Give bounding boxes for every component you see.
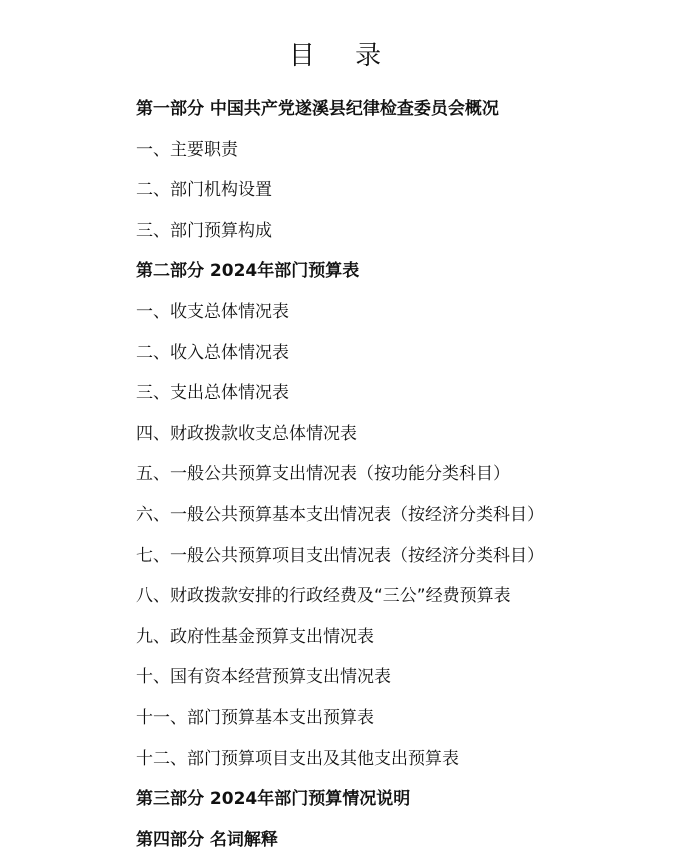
toc-part-2[interactable]: 第二部分 2024年部门预算表 xyxy=(136,255,544,296)
toc-item-table-8[interactable]: 八、财政拨款安排的行政经费及“三公”经费预算表 xyxy=(136,580,544,621)
toc-item-table-5[interactable]: 五、一般公共预算支出情况表（按功能分类科目） xyxy=(136,458,544,499)
page-title: 目 录 xyxy=(0,38,676,74)
toc-item-main-duties[interactable]: 一、主要职责 xyxy=(136,134,544,175)
toc-item-budget-composition[interactable]: 三、部门预算构成 xyxy=(136,215,544,256)
toc-item-table-3[interactable]: 三、支出总体情况表 xyxy=(136,377,544,418)
toc-item-table-6[interactable]: 六、一般公共预算基本支出情况表（按经济分类科目） xyxy=(136,499,544,540)
toc-item-table-4[interactable]: 四、财政拨款收支总体情况表 xyxy=(136,418,544,459)
toc-item-org-structure[interactable]: 二、部门机构设置 xyxy=(136,174,544,215)
toc-part-3[interactable]: 第三部分 2024年部门预算情况说明 xyxy=(136,783,544,824)
toc-item-table-10[interactable]: 十、国有资本经营预算支出情况表 xyxy=(136,661,544,702)
toc-item-table-2[interactable]: 二、收入总体情况表 xyxy=(136,337,544,378)
toc-item-table-7[interactable]: 七、一般公共预算项目支出情况表（按经济分类科目） xyxy=(136,540,544,581)
toc-item-table-1[interactable]: 一、收支总体情况表 xyxy=(136,296,544,337)
toc-part-4[interactable]: 第四部分 名词解释 xyxy=(136,824,544,864)
toc-item-table-11[interactable]: 十一、部门预算基本支出预算表 xyxy=(136,702,544,743)
toc-part-1[interactable]: 第一部分 中国共产党遂溪县纪律检查委员会概况 xyxy=(136,93,544,134)
toc-item-table-9[interactable]: 九、政府性基金预算支出情况表 xyxy=(136,621,544,662)
toc-item-table-12[interactable]: 十二、部门预算项目支出及其他支出预算表 xyxy=(136,743,544,784)
table-of-contents: 第一部分 中国共产党遂溪县纪律检查委员会概况 一、主要职责 二、部门机构设置 三… xyxy=(136,93,544,864)
